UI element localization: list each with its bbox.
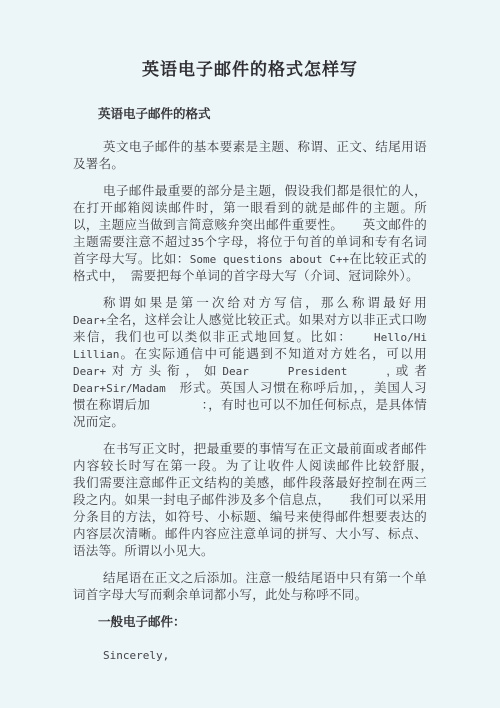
paragraph: 结尾语在正文之后添加。注意一般结尾语中只有第一个单词首字母大写而剩余单词都小写，… [73,570,427,604]
english-text-segment: Dear+Sir/Madam [73,382,166,395]
paragraph: 称谓如果是第一次给对方写信，那么称谓最好用 Dear+全名，这样会让人感觉比较正… [73,295,427,431]
closing-example: Sincerely, [73,648,427,663]
english-text-segment: Some questions about C++ [190,253,349,266]
section-heading: 英语电子邮件的格式 [73,106,427,123]
closing-heading: 一般电子邮件： [73,614,427,631]
paragraph: 在书写正文时，把最重要的事情写在正文最前面或者邮件内容较长时写在第一段。为了让收… [73,441,427,560]
english-text-segment: 35 [191,236,204,249]
chinese-text-segment: 结尾语在正文之后添加。注意一般结尾语中只有第一个单词首字母大写而剩余单词都小写，… [73,571,427,602]
chinese-text-segment: 。在实际通信中可能遇到不知道对方姓名，可以用 [119,347,452,361]
chinese-text-segment: 在书写正文时，把最重要的事情写在正文最前面或者邮件内容较长时写在第一段。为了让收… [73,442,453,558]
english-text-segment: Dear President [222,365,386,378]
document-body: 英文电子邮件的基本要素是主题、称谓、正文、结尾用语及署名。电子邮件最重要的部分是… [73,139,427,604]
page-title: 英语电子邮件的格式怎样写 [73,58,427,82]
chinese-text-segment: 对方头衔，如 [106,364,222,378]
english-text-segment: Dear+ [73,314,106,327]
paragraph: 电子邮件最重要的部分是主题，假设我们都是很忙的人，在打开邮箱阅读邮件时，第一眼看… [73,183,427,285]
document-page: 英语电子邮件的格式怎样写 英语电子邮件的格式 英文电子邮件的基本要素是主题、称谓… [0,0,500,708]
english-text-segment: Dear+ [73,365,106,378]
paragraph: 英文电子邮件的基本要素是主题、称谓、正文、结尾用语及署名。 [73,139,427,173]
chinese-text-segment: 称谓如果是第一次给对方写信，那么称谓最好用 [103,296,453,310]
chinese-text-segment: 英文电子邮件的基本要素是主题、称谓、正文、结尾用语及署名。 [73,140,427,171]
chinese-text-segment: ,或者 [386,364,439,378]
